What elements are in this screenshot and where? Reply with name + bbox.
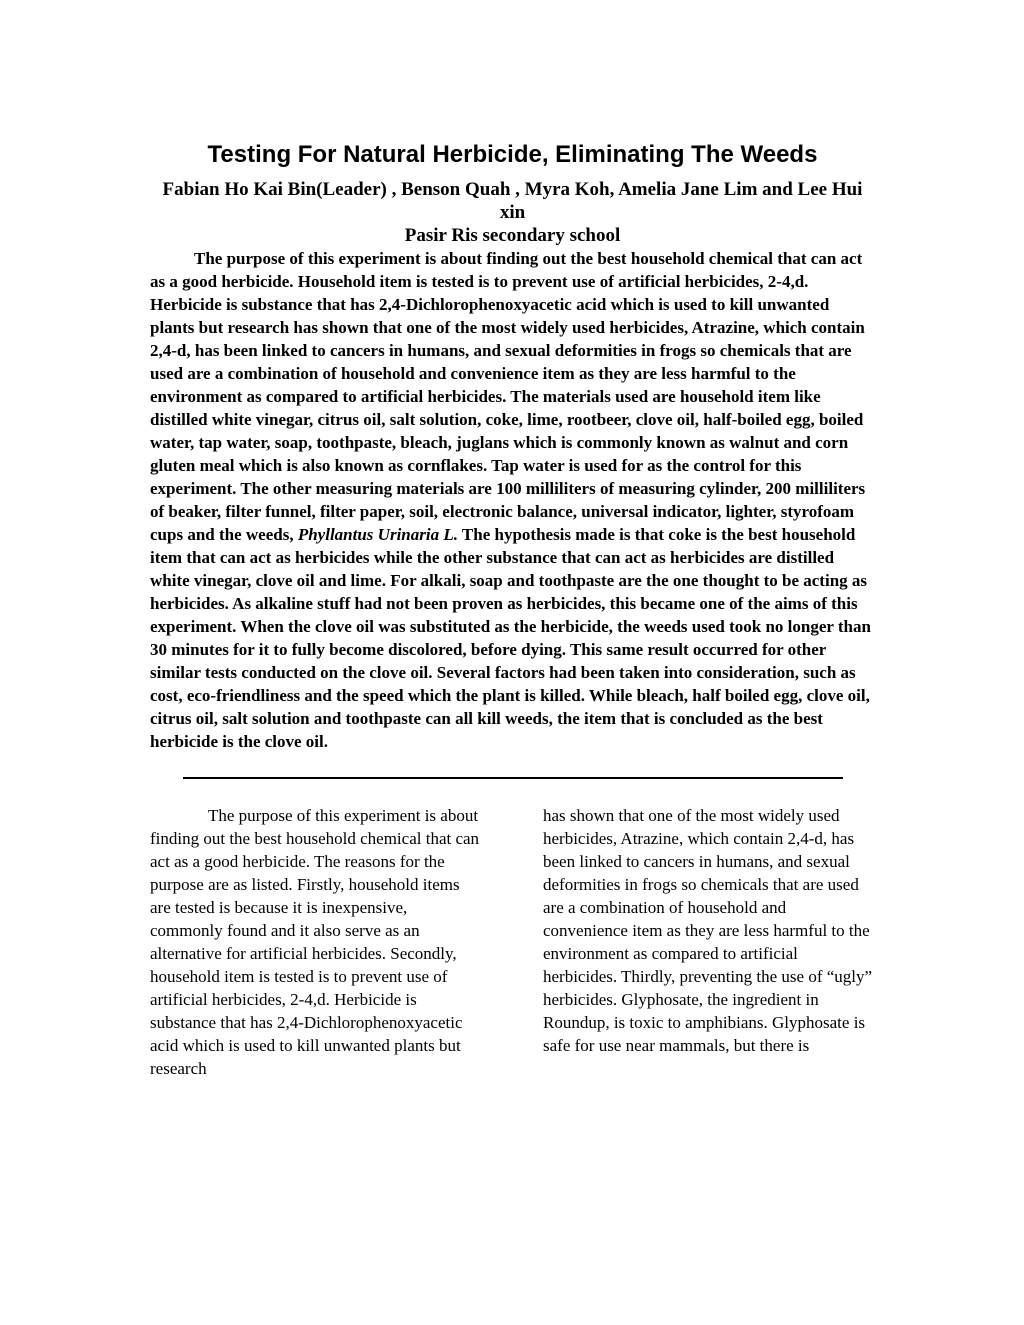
section-divider (183, 777, 843, 779)
body-column-right: has shown that one of the most widely us… (543, 804, 875, 1080)
abstract-text-after-species: The hypothesis made is that coke is the … (150, 525, 871, 751)
species-name-italic: Phyllantus Urinaria L. (298, 525, 458, 544)
two-column-body: The purpose of this experiment is about … (150, 804, 875, 1080)
abstract-paragraph: The purpose of this experiment is about … (150, 247, 875, 753)
authors-line: Fabian Ho Kai Bin(Leader) , Benson Quah … (150, 178, 875, 224)
document-title: Testing For Natural Herbicide, Eliminati… (150, 141, 875, 169)
abstract-text-before-species: The purpose of this experiment is about … (150, 249, 865, 544)
school-line: Pasir Ris secondary school (150, 224, 875, 247)
body-column-left: The purpose of this experiment is about … (150, 804, 481, 1080)
document-page: Testing For Natural Herbicide, Eliminati… (0, 0, 1024, 1325)
